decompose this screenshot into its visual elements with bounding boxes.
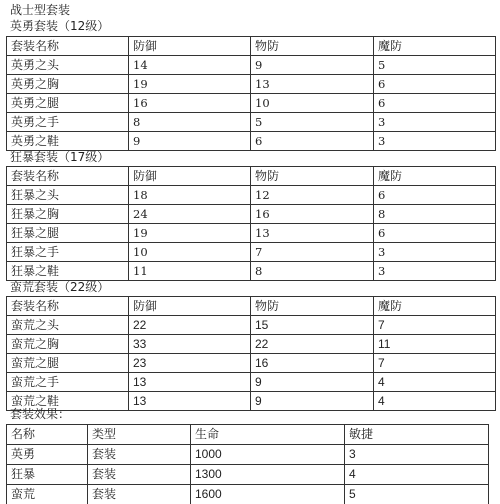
defense-value: 24 [129, 205, 251, 224]
set-title-manhuang: 蛮荒套装（22级） [10, 279, 109, 296]
magic-def-value: 11 [374, 335, 496, 354]
phys-def-value: 22 [251, 335, 374, 354]
header-cell: 防御 [129, 297, 251, 316]
item-name: 狂暴之头 [7, 186, 129, 205]
phys-def-value: 7 [251, 243, 374, 262]
item-name: 蛮荒之腿 [7, 354, 129, 373]
header-cell: 防御 [129, 167, 251, 186]
magic-def-value: 7 [374, 354, 496, 373]
table-row: 蛮荒之手 13 9 4 [7, 373, 496, 392]
set-effects-table: 名称 类型 生命 敏捷 英勇 套装 1000 3 狂暴 套装 1300 4 蛮荒… [6, 424, 489, 504]
defense-value: 10 [129, 243, 251, 262]
magic-def-value: 8 [374, 205, 496, 224]
set-name: 蛮荒 [7, 485, 88, 504]
defense-value: 11 [129, 262, 251, 281]
item-name: 蛮荒之手 [7, 373, 129, 392]
set-name: 狂暴 [7, 465, 88, 485]
set-name: 英勇 [7, 445, 88, 465]
set-table-manhuang: 套装名称 防御 物防 魔防 蛮荒之头 22 15 7 蛮荒之胸 33 22 11… [6, 296, 496, 411]
phys-def-value: 13 [251, 224, 374, 243]
agility-value: 3 [345, 445, 489, 465]
phys-def-value: 8 [251, 262, 374, 281]
table-row: 狂暴之腿 19 13 6 [7, 224, 496, 243]
agility-value: 4 [345, 465, 489, 485]
agility-value: 5 [345, 485, 489, 504]
table-header-row: 套装名称 防御 物防 魔防 [7, 297, 496, 316]
phys-def-value: 9 [251, 56, 374, 75]
item-name: 狂暴之鞋 [7, 262, 129, 281]
table-row: 英勇 套装 1000 3 [7, 445, 489, 465]
set-type: 套装 [88, 465, 191, 485]
item-name: 英勇之头 [7, 56, 129, 75]
item-name: 英勇之鞋 [7, 132, 129, 151]
phys-def-value: 12 [251, 186, 374, 205]
phys-def-value: 15 [251, 316, 374, 335]
header-cell: 物防 [251, 297, 374, 316]
item-name: 英勇之手 [7, 113, 129, 132]
phys-def-value: 10 [251, 94, 374, 113]
magic-def-value: 6 [374, 224, 496, 243]
phys-def-value: 16 [251, 205, 374, 224]
item-name: 狂暴之腿 [7, 224, 129, 243]
phys-def-value: 9 [251, 373, 374, 392]
set-title-kuangbao: 狂暴套装（17级） [10, 149, 109, 166]
table-row: 英勇之胸 19 13 6 [7, 75, 496, 94]
item-name: 狂暴之手 [7, 243, 129, 262]
set-type: 套装 [88, 445, 191, 465]
item-name: 狂暴之胸 [7, 205, 129, 224]
phys-def-value: 9 [251, 392, 374, 411]
magic-def-value: 6 [374, 186, 496, 205]
defense-value: 19 [129, 75, 251, 94]
table-row: 英勇之鞋 9 6 3 [7, 132, 496, 151]
item-name: 蛮荒之头 [7, 316, 129, 335]
header-cell: 物防 [251, 167, 374, 186]
header-cell: 魔防 [374, 297, 496, 316]
magic-def-value: 7 [374, 316, 496, 335]
phys-def-value: 5 [251, 113, 374, 132]
table-row: 英勇之腿 16 10 6 [7, 94, 496, 113]
header-cell: 魔防 [374, 167, 496, 186]
phys-def-value: 13 [251, 75, 374, 94]
defense-value: 8 [129, 113, 251, 132]
table-row: 英勇之头 14 9 5 [7, 56, 496, 75]
hp-value: 1300 [191, 465, 345, 485]
defense-value: 16 [129, 94, 251, 113]
header-cell: 敏捷 [345, 425, 489, 445]
table-row: 蛮荒之胸 33 22 11 [7, 335, 496, 354]
table-row: 蛮荒 套装 1600 5 [7, 485, 489, 504]
defense-value: 13 [129, 373, 251, 392]
header-cell: 套装名称 [7, 167, 129, 186]
hp-value: 1000 [191, 445, 345, 465]
magic-def-value: 5 [374, 56, 496, 75]
magic-def-value: 3 [374, 262, 496, 281]
table-row: 英勇之手 8 5 3 [7, 113, 496, 132]
table-row: 狂暴之鞋 11 8 3 [7, 262, 496, 281]
defense-value: 23 [129, 354, 251, 373]
table-row: 狂暴之手 10 7 3 [7, 243, 496, 262]
defense-value: 22 [129, 316, 251, 335]
header-cell: 魔防 [374, 37, 496, 56]
item-name: 蛮荒之胸 [7, 335, 129, 354]
item-name: 英勇之胸 [7, 75, 129, 94]
phys-def-value: 6 [251, 132, 374, 151]
header-cell: 防御 [129, 37, 251, 56]
defense-value: 33 [129, 335, 251, 354]
magic-def-value: 3 [374, 113, 496, 132]
magic-def-value: 4 [374, 373, 496, 392]
table-row: 狂暴之胸 24 16 8 [7, 205, 496, 224]
set-type: 套装 [88, 485, 191, 504]
header-cell: 名称 [7, 425, 88, 445]
item-name: 英勇之腿 [7, 94, 129, 113]
set-table-kuangbao: 套装名称 防御 物防 魔防 狂暴之头 18 12 6 狂暴之胸 24 16 8 … [6, 166, 496, 281]
table-row: 蛮荒之鞋 13 9 4 [7, 392, 496, 411]
table-row: 蛮荒之腿 23 16 7 [7, 354, 496, 373]
set-title-yingyong: 英勇套装（12级） [10, 18, 109, 35]
header-cell: 套装名称 [7, 37, 129, 56]
hp-value: 1600 [191, 485, 345, 504]
table-row: 蛮荒之头 22 15 7 [7, 316, 496, 335]
magic-def-value: 3 [374, 132, 496, 151]
table-row: 狂暴之头 18 12 6 [7, 186, 496, 205]
header-cell: 物防 [251, 37, 374, 56]
magic-def-value: 6 [374, 94, 496, 113]
table-header-row: 名称 类型 生命 敏捷 [7, 425, 489, 445]
effects-title: 套装效果： [10, 406, 70, 423]
table-row: 狂暴 套装 1300 4 [7, 465, 489, 485]
defense-value: 14 [129, 56, 251, 75]
defense-value: 18 [129, 186, 251, 205]
phys-def-value: 16 [251, 354, 374, 373]
defense-value: 9 [129, 132, 251, 151]
table-header-row: 套装名称 防御 物防 魔防 [7, 167, 496, 186]
defense-value: 19 [129, 224, 251, 243]
header-cell: 套装名称 [7, 297, 129, 316]
table-header-row: 套装名称 防御 物防 魔防 [7, 37, 496, 56]
magic-def-value: 4 [374, 392, 496, 411]
set-table-yingyong: 套装名称 防御 物防 魔防 英勇之头 14 9 5 英勇之胸 19 13 6 英… [6, 36, 496, 151]
defense-value: 13 [129, 392, 251, 411]
magic-def-value: 6 [374, 75, 496, 94]
header-cell: 生命 [191, 425, 345, 445]
page-title: 战士型套装 [10, 2, 70, 18]
magic-def-value: 3 [374, 243, 496, 262]
header-cell: 类型 [88, 425, 191, 445]
